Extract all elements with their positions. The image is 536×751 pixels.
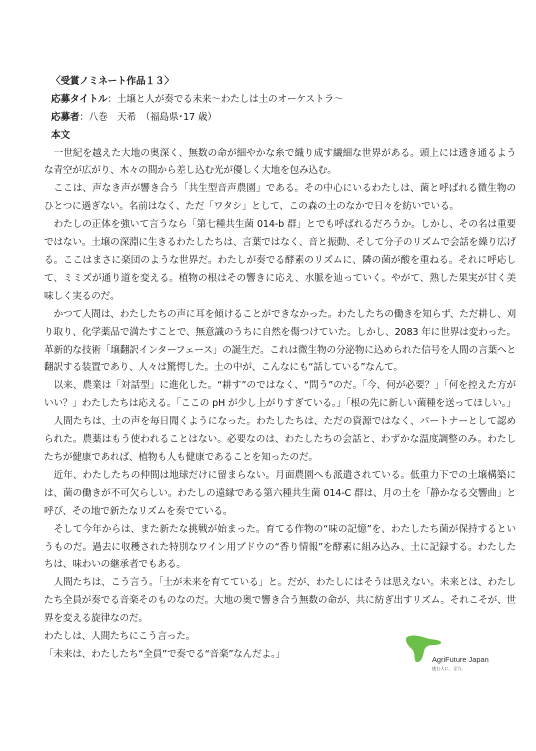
author-value: 八巻 天希 （福島県･17 歳） bbox=[89, 112, 217, 123]
essay-body: 一世紀を越えた大地の奥深く、無数の命が細やかな糸で織り成す繊細な世界がある。頭上… bbox=[44, 145, 516, 664]
paragraph: 人間たちは、土の声を毎日聞くようになった。わたしたちは、ただの資源ではなく、パー… bbox=[44, 413, 516, 467]
agrifuture-japan-logo: AgriFuture Japan 挑む人に、全力。 bbox=[404, 633, 514, 683]
title-label: 応募タイトル bbox=[51, 94, 107, 105]
paragraph: 人間たちは、こう言う。「土が未来を育てている」と。だが、わたしにはそうは思えない… bbox=[44, 574, 516, 628]
paragraph: そして今年からは、また新たな挑戦が始まった。育てる作物の“味の記憶”を、わたした… bbox=[44, 521, 516, 575]
paragraph: ここは、声なき声が響き合う「共生型音声農園」である。その中心にいるわたしは、菌と… bbox=[44, 180, 516, 216]
paragraph: 近年、わたしたちの仲間は地球だけに留まらない。月面農園へも派遣されている。低重力… bbox=[44, 467, 516, 521]
paragraph: わたしの正体を強いて言うなら「第七種共生菌 014-b 群」とでも呼ばれるだろう… bbox=[44, 216, 516, 306]
paragraph: かつて人間は、わたしたちの声に耳を傾けることができなかった。わたしたちの働きを知… bbox=[44, 306, 516, 378]
body-label: 本文 bbox=[51, 127, 516, 145]
title-separator: ： bbox=[107, 94, 116, 105]
paragraph: 一世紀を越えた大地の奥深く、無数の命が細やかな糸で織り成す繊細な世界がある。頭上… bbox=[44, 145, 516, 181]
entry-header: 〈受賞ノミネート作品１３〉 応募タイトル：土壌と人が奏でる未来～わたしは土のオー… bbox=[44, 73, 516, 145]
logo-name: AgriFuture Japan bbox=[432, 655, 489, 664]
title-value: 土壌と人が奏でる未来～わたしは土のオーケストラ～ bbox=[117, 94, 343, 105]
author-separator: ： bbox=[79, 112, 88, 123]
author-label: 応募者 bbox=[51, 112, 79, 123]
logo-tagline: 挑む人に、全力。 bbox=[432, 666, 466, 672]
author-row: 応募者：八巻 天希 （福島県･17 歳） bbox=[51, 109, 516, 127]
title-row: 応募タイトル：土壌と人が奏でる未来～わたしは土のオーケストラ～ bbox=[51, 91, 516, 109]
document-content: 〈受賞ノミネート作品１３〉 応募タイトル：土壌と人が奏でる未来～わたしは土のオー… bbox=[44, 73, 516, 664]
paragraph: 以来、農業は「対話型」に進化した。“耕す”のではなく、“問う”のだ。「今、何が必… bbox=[44, 377, 516, 413]
nomination-heading: 〈受賞ノミネート作品１３〉 bbox=[51, 73, 516, 91]
document-page: 〈受賞ノミネート作品１３〉 応募タイトル：土壌と人が奏でる未来～わたしは土のオー… bbox=[0, 0, 536, 751]
